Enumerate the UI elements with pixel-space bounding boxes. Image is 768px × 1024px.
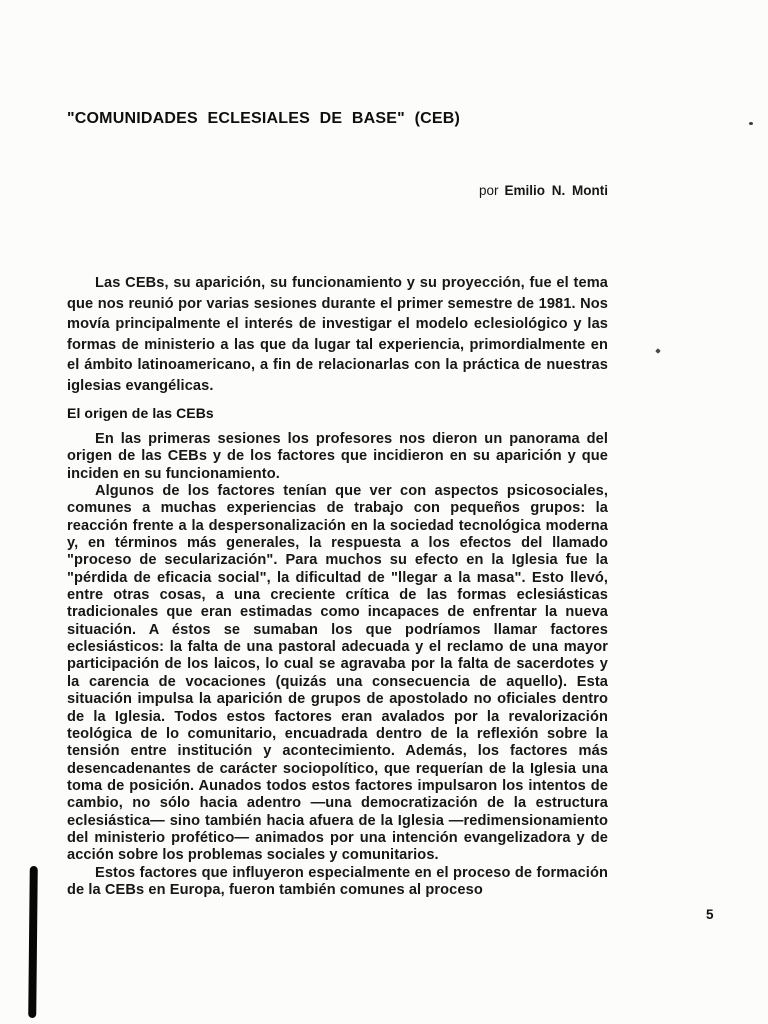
byline-author: Emilio N. Monti: [505, 183, 609, 198]
scan-speck-mid-right: [655, 348, 661, 354]
byline-prefix: por: [479, 183, 499, 198]
document-title: "COMUNIDADES ECLESIALES DE BASE" (CEB): [67, 110, 687, 128]
paragraph-factores: Algunos de los factores tenían que ver c…: [67, 483, 608, 865]
body-text-block: Las CEBs, su aparición, su funcionamient…: [67, 273, 608, 899]
section-heading: El origen de las CEBs: [67, 404, 608, 422]
paragraph-origen: En las primeras sesiones los profesores …: [67, 431, 608, 483]
scan-streak-artifact: [28, 866, 38, 1018]
paragraph-intro: Las CEBs, su aparición, su funcionamient…: [67, 273, 608, 396]
paragraph-cierre: Estos factores que influyeron especialme…: [67, 865, 608, 900]
scan-speck-top-right: [749, 122, 753, 125]
page-number: 5: [706, 906, 714, 923]
byline: porEmilio N. Monti: [67, 183, 608, 198]
scanned-page: "COMUNIDADES ECLESIALES DE BASE" (CEB) p…: [0, 0, 768, 1024]
